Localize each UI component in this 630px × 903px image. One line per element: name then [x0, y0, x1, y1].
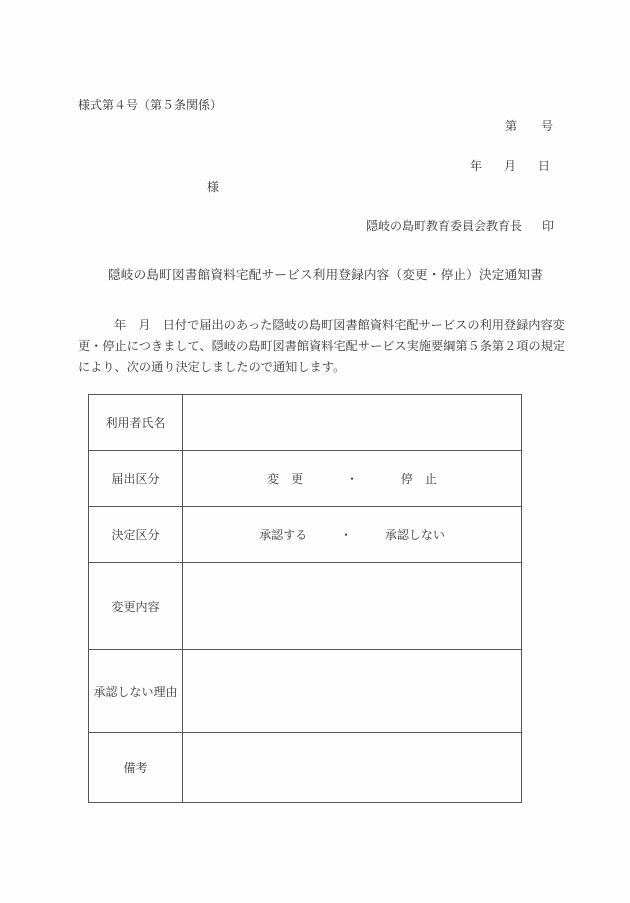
issuer: 隠岐の島町教育委員会教育長印	[366, 217, 554, 234]
label-remarks: 備考	[89, 733, 183, 803]
separator-dot: ・	[311, 526, 381, 543]
label-decision-type: 決定区分	[89, 507, 183, 563]
seal-mark: 印	[542, 219, 554, 233]
table-row-decision-type: 決定区分 承認する ・ 承認しない	[89, 507, 522, 563]
date-year: 年	[470, 159, 482, 173]
form-number: 様式第４号（第５条関係）	[78, 96, 222, 113]
label-user-name: 利用者氏名	[89, 395, 183, 451]
table-row-rejection-reason: 承認しない理由	[89, 650, 522, 733]
label-notification-type: 届出区分	[89, 451, 183, 507]
document-number-suffix: 号	[541, 117, 553, 134]
table-row-notification-type: 届出区分 変 更 ・ 停 止	[89, 451, 522, 507]
label-change-details: 変更内容	[89, 563, 183, 650]
document-number: 第号	[505, 117, 553, 134]
info-table: 利用者氏名 届出区分 変 更 ・ 停 止 決定区分 承認する ・ 承認しない 変…	[88, 394, 522, 803]
field-decision-type: 承認する ・ 承認しない	[183, 507, 522, 563]
issue-date: 年月日	[470, 157, 550, 174]
field-user-name[interactable]	[183, 395, 522, 451]
table-row-change-details: 変更内容	[89, 563, 522, 650]
body-line-2: 更・停止につきまして、隠岐の島町図書館資料宅配サービス実施要綱第５条第２項の規定	[78, 336, 556, 357]
addressee: 様	[207, 178, 219, 195]
issuer-name: 隠岐の島町教育委員会教育長	[366, 219, 522, 233]
separator-dot: ・	[307, 470, 397, 487]
field-rejection-reason[interactable]	[183, 650, 522, 733]
option-stop[interactable]: 停 止	[401, 470, 437, 487]
table-row-remarks: 備考	[89, 733, 522, 803]
date-day: 日	[538, 159, 550, 173]
body-line-1: 年 月 日付で届出のあった隠岐の島町図書館資料宅配サービスの利用登録内容変	[78, 315, 556, 336]
body-line-3: により、次の通り決定しましたので通知します。	[78, 357, 556, 378]
table-row-user-name: 利用者氏名	[89, 395, 522, 451]
date-month: 月	[504, 159, 516, 173]
document-number-prefix: 第	[505, 117, 517, 134]
document-title: 隠岐の島町図書館資料宅配サービス利用登録内容（変更・停止）決定通知書	[108, 264, 543, 283]
field-notification-type: 変 更 ・ 停 止	[183, 451, 522, 507]
field-remarks[interactable]	[183, 733, 522, 803]
body-text: 年 月 日付で届出のあった隠岐の島町図書館資料宅配サービスの利用登録内容変 更・…	[78, 315, 556, 378]
field-change-details[interactable]	[183, 563, 522, 650]
option-approve[interactable]: 承認する	[259, 526, 307, 543]
option-change[interactable]: 変 更	[267, 470, 303, 487]
label-rejection-reason: 承認しない理由	[89, 650, 183, 733]
option-not-approve[interactable]: 承認しない	[385, 526, 445, 543]
